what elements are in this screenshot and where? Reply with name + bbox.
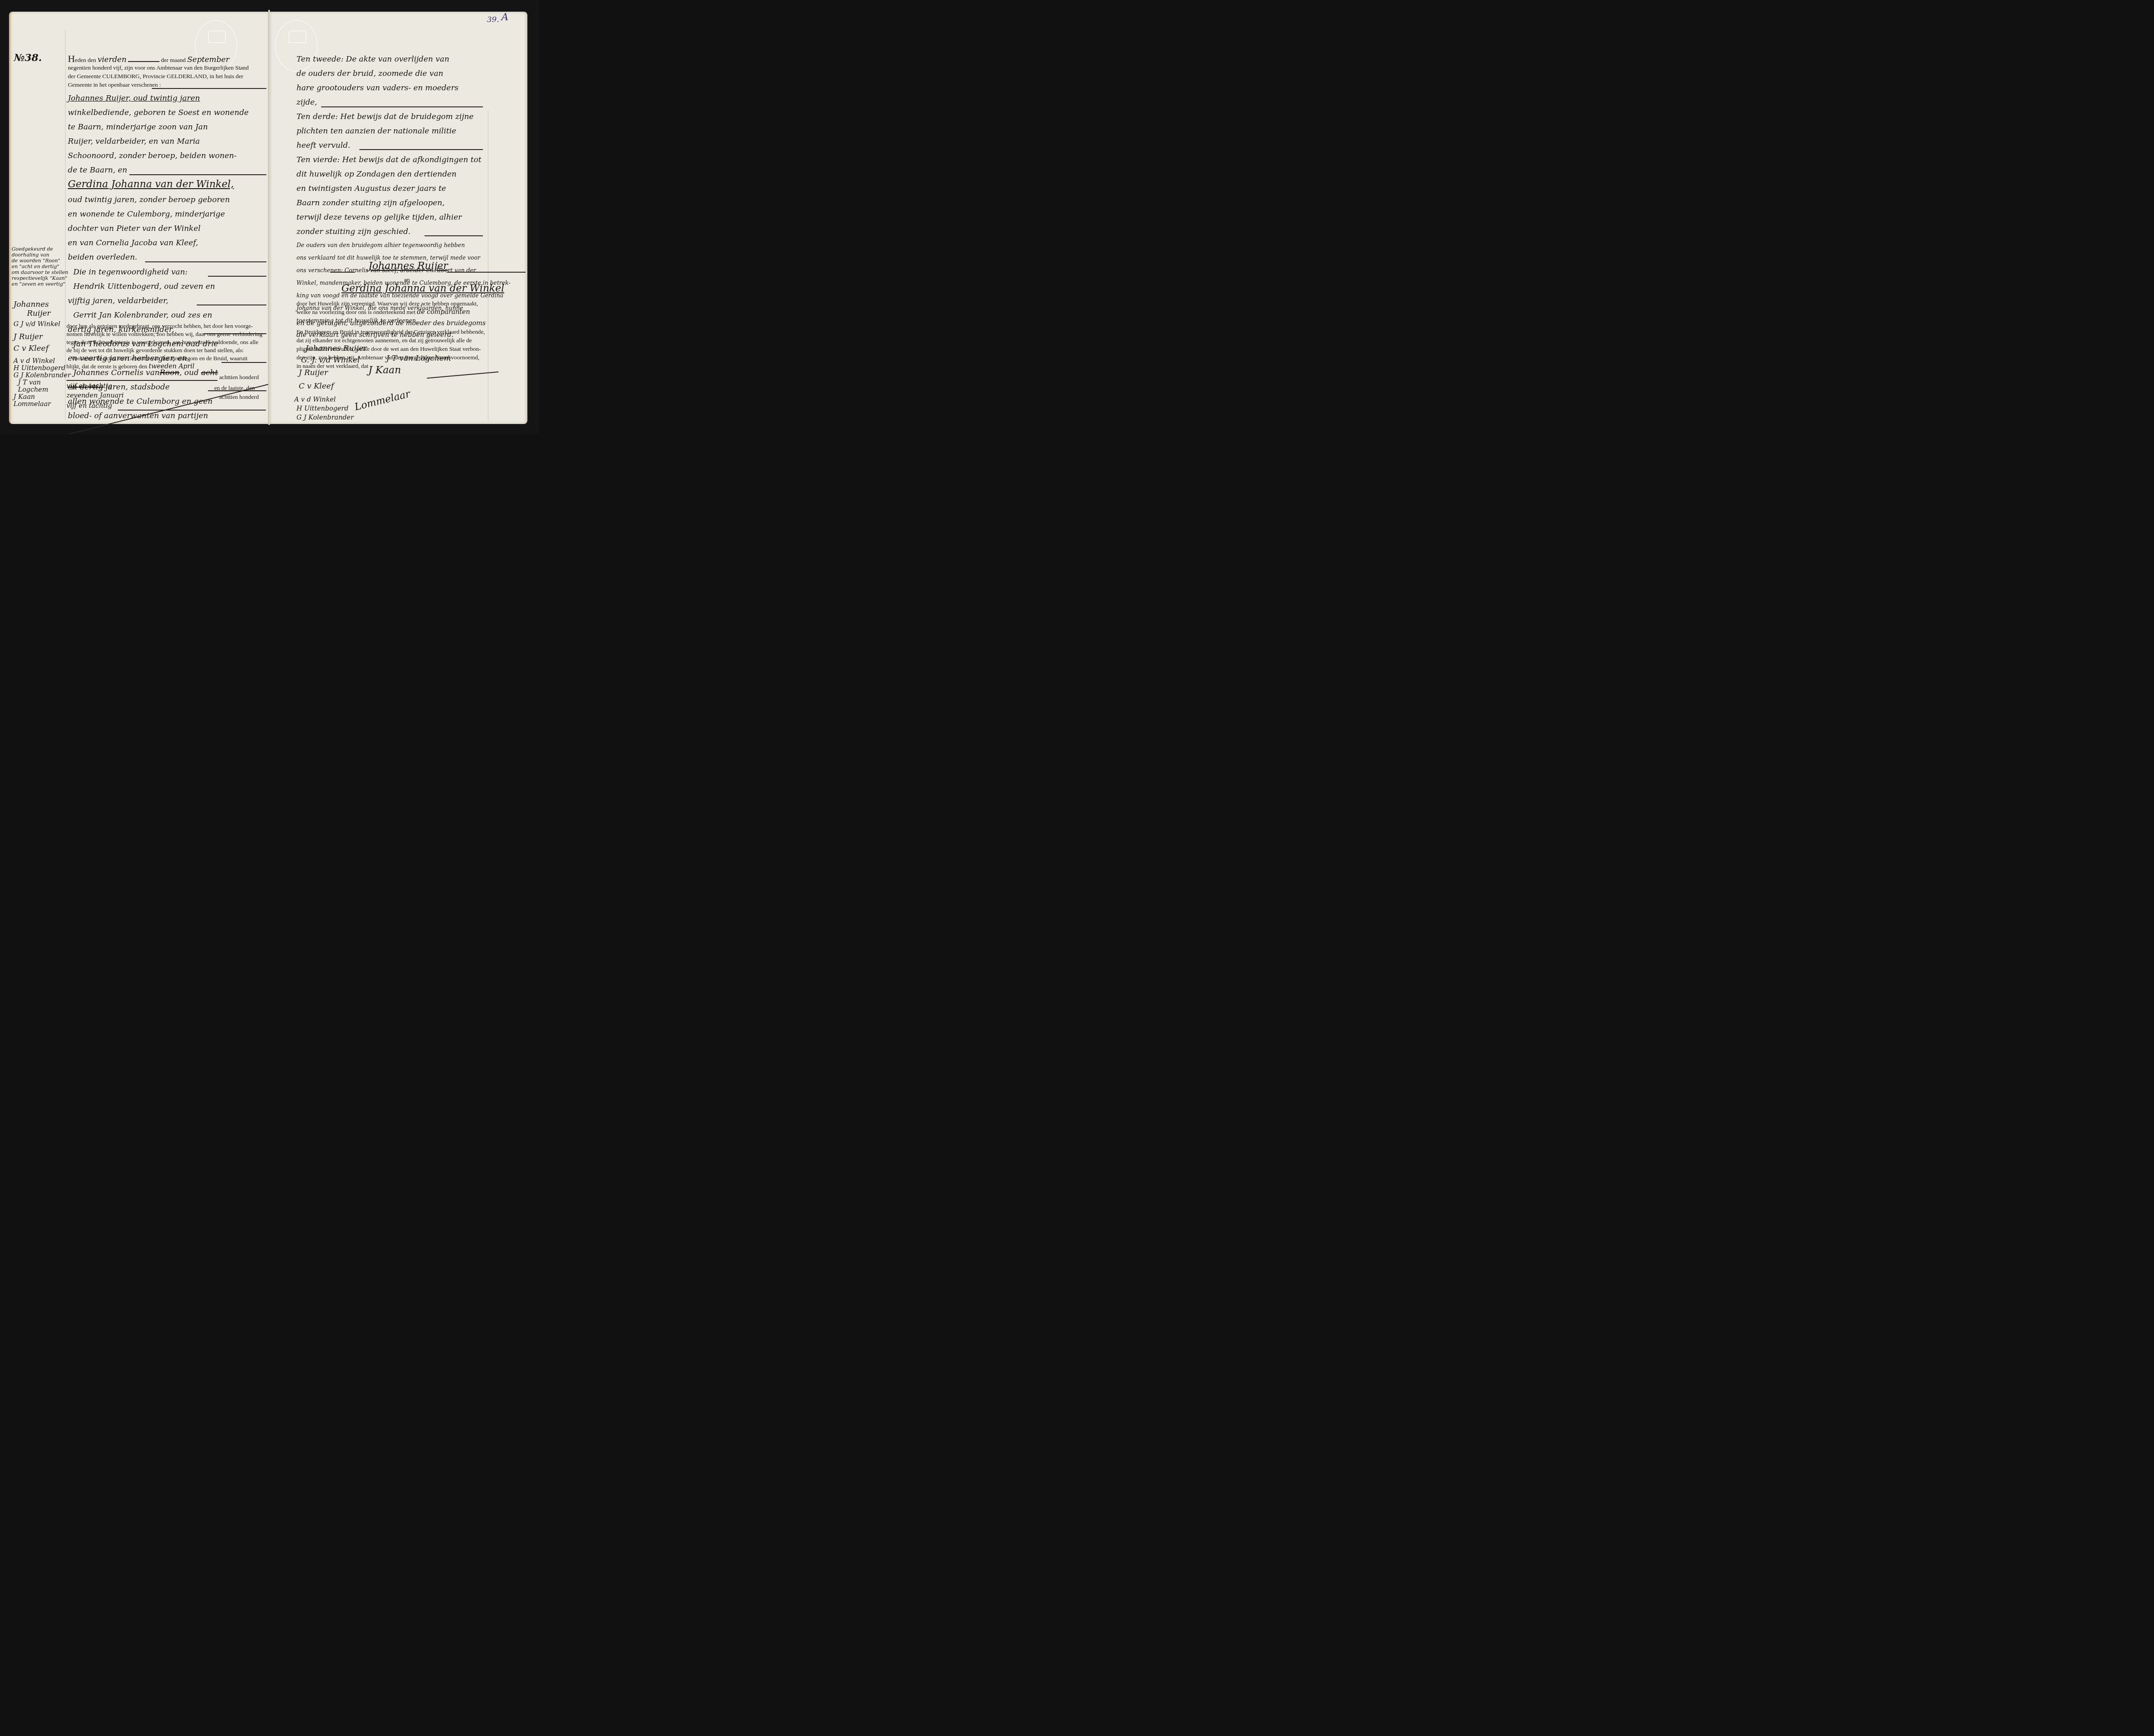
- signature: G J v/d Winkel: [13, 321, 67, 328]
- body-line: oud twintig jaren, zonder beroep geboren: [68, 195, 230, 204]
- body-line: zijde,: [296, 98, 317, 107]
- signature-guardian: C v Kleef: [299, 382, 334, 391]
- signature-witness: G J Kolenbrander: [296, 414, 354, 421]
- body-line: Ten tweede: De akte van overlijden van: [296, 55, 449, 64]
- body-line: en wonende te Culemborg, minderjarige: [68, 210, 225, 219]
- body-line: bloed- of aanverwanten van partijen: [68, 411, 208, 420]
- body-line: zonder stuiting zijn geschied.: [296, 227, 411, 236]
- signature: G J Kolenbrander: [13, 372, 67, 379]
- bride-birth-day: zevenden Januari: [66, 392, 124, 399]
- body-line: Baarn zonder stuiting zijn afgeloopen,: [296, 199, 445, 208]
- signature-groom: Johannes Ruijer: [305, 344, 367, 353]
- body-line: Ruijer, veldarbeider, en van Maria: [68, 137, 200, 146]
- page-number-annotation: 39.: [487, 15, 499, 24]
- printed-continuation-line: tegen deze Echtverbintenis is voorgekome…: [66, 339, 258, 346]
- printed-label: achttien honderd: [219, 393, 259, 401]
- body-line: de te Baarn, en: [68, 166, 127, 175]
- printed-continuation-line: nomen huwelijk te willen voltrekken; zoo…: [66, 331, 262, 338]
- printed-continuation-line: door hen als getuigen medegebragt, ons v…: [66, 322, 253, 330]
- opening-line-4: Gemeente in het openbaar verschenen :: [68, 81, 161, 88]
- signature: Lommelaar: [13, 401, 67, 408]
- body-line: vijftig jaren, veldarbeider,: [68, 296, 168, 305]
- signature-witness: J Kaan: [368, 365, 401, 376]
- body-line: heeft vervuld.: [296, 141, 350, 150]
- body-line: Ten derde: Het bewijs dat de bruidegom z…: [296, 112, 473, 121]
- day-field: vierden: [97, 55, 126, 64]
- signature-bride: G. J. v/d Winkel: [301, 356, 360, 365]
- signature: H Uittenbogerd: [13, 365, 67, 372]
- body-line: winkelbediende, geboren te Soest en wone…: [68, 108, 249, 117]
- bride-birth-year: vijf en tachtig: [66, 402, 112, 410]
- body-line: beiden overleden.: [68, 253, 137, 262]
- signature: J T van: [13, 379, 67, 386]
- en-label: en: [404, 276, 410, 283]
- embossed-seal-right: [275, 20, 318, 72]
- groom-entry: Johannes Ruijer, oud twintig jaren: [68, 94, 200, 103]
- groom-birth-year: vijf en tachtig: [66, 383, 112, 390]
- register-spread: №38. Heden den vierden der maand Septemb…: [0, 0, 539, 434]
- crown-emboss-icon: [288, 31, 306, 43]
- printed-label: achttien honderd: [219, 374, 259, 381]
- signature: A v d Winkel: [13, 358, 67, 365]
- margin-approval-note: Goedgekeurd de doorhaling van de woorden…: [12, 246, 66, 287]
- closing-line: door het Huwelijk zijn vereenigd. Waarva…: [296, 300, 478, 307]
- opening-line-2: negentien honderd vijf, zijn voor ons Am…: [68, 64, 249, 71]
- bride-entry: Gerdina Johanna van der Winkel,: [68, 179, 234, 190]
- signature-father: J Ruijer: [299, 368, 328, 377]
- body-line: Schoonoord, zonder beroep, beiden wonen-: [68, 151, 237, 160]
- witness-1: Hendrik Uittenbogerd, oud zeven en: [73, 282, 215, 291]
- signature-witness: J T van Logchem: [386, 354, 451, 363]
- opening-line-3: der Gemeente CULEMBORG, Provincie GELDER…: [68, 73, 243, 80]
- body-line: plichten ten aanzien der nationale milit…: [296, 127, 456, 136]
- body-line: de ouders der bruid, zoomede die van: [296, 69, 443, 78]
- witness-2: Gerrit Jan Kolenbrander, oud zes en: [73, 311, 212, 320]
- struck-age: acht: [201, 368, 218, 377]
- body-line: en twintigsten Augustus dezer jaars te: [296, 184, 446, 193]
- signature: C v Kleef: [13, 344, 67, 353]
- body-line: en van Cornelia Jacoba van Kleef,: [68, 239, 198, 247]
- body-line: terwijl deze tevens op gelijke tijden, a…: [296, 213, 462, 222]
- signature: Ruijer: [13, 309, 67, 318]
- printed-continuation-line: Vooreerst: de acten van Geboorte van den…: [71, 355, 248, 362]
- body-line: De ouders van den bruidegom alhier tegen…: [296, 242, 465, 248]
- margin-signatures: Johannes Ruijer G J v/d Winkel J Ruijer …: [13, 300, 67, 408]
- signature-witness: H Uittenbogerd: [296, 405, 349, 412]
- signature: Logchem: [13, 386, 67, 393]
- body-line: Die in tegenwoordigheid van:: [73, 268, 188, 277]
- signature: J Ruijer: [13, 332, 67, 341]
- initials-annotation: A: [501, 12, 509, 23]
- signature-co-guardian: A v d Winkel: [294, 396, 336, 403]
- printed-continuation-line: blijkt, dat de eerste is geboren den twe…: [66, 363, 195, 371]
- body-line: te Baarn, minderjarige zoon van Jan: [68, 123, 208, 132]
- body-line: dochter van Pieter van der Winkel: [68, 224, 200, 233]
- body-line: dit huwelijk op Zondagen den dertienden: [296, 170, 456, 179]
- opening-line-1: Heden den vierden der maand September: [68, 53, 229, 65]
- signature: Johannes: [13, 300, 67, 309]
- month-field: September: [187, 55, 230, 64]
- bride-name: Gerdina Johanna van der Winkel: [341, 283, 504, 294]
- body-line: hare grootouders van vaders- en moeders: [296, 84, 459, 93]
- groom-name: Johannes Ruijer: [368, 261, 448, 272]
- closing-hand: die verklaart geen schrijven te hebben g…: [296, 331, 454, 339]
- printed-label: en de laatste, den: [214, 384, 255, 392]
- signature: J Kaan: [13, 393, 67, 401]
- printed-continuation-line: de bij de wet tot dit huwelijk gevorderd…: [66, 347, 244, 354]
- groom-birth-day: tweeden April: [149, 363, 195, 370]
- body-line: ons verklaard tot dit huwelijk toe te st…: [296, 254, 480, 261]
- margin-rule: [488, 110, 488, 420]
- closing-hand: en de getuigen, uitgezonderd de moeder d…: [296, 320, 486, 327]
- body-line: Ten vierde: Het bewijs dat de afkondigin…: [296, 155, 481, 164]
- crown-emboss-icon: [208, 31, 226, 43]
- act-number: №38.: [14, 52, 42, 64]
- closing-line: welke na voorlezing door ons is ondertee…: [296, 309, 470, 316]
